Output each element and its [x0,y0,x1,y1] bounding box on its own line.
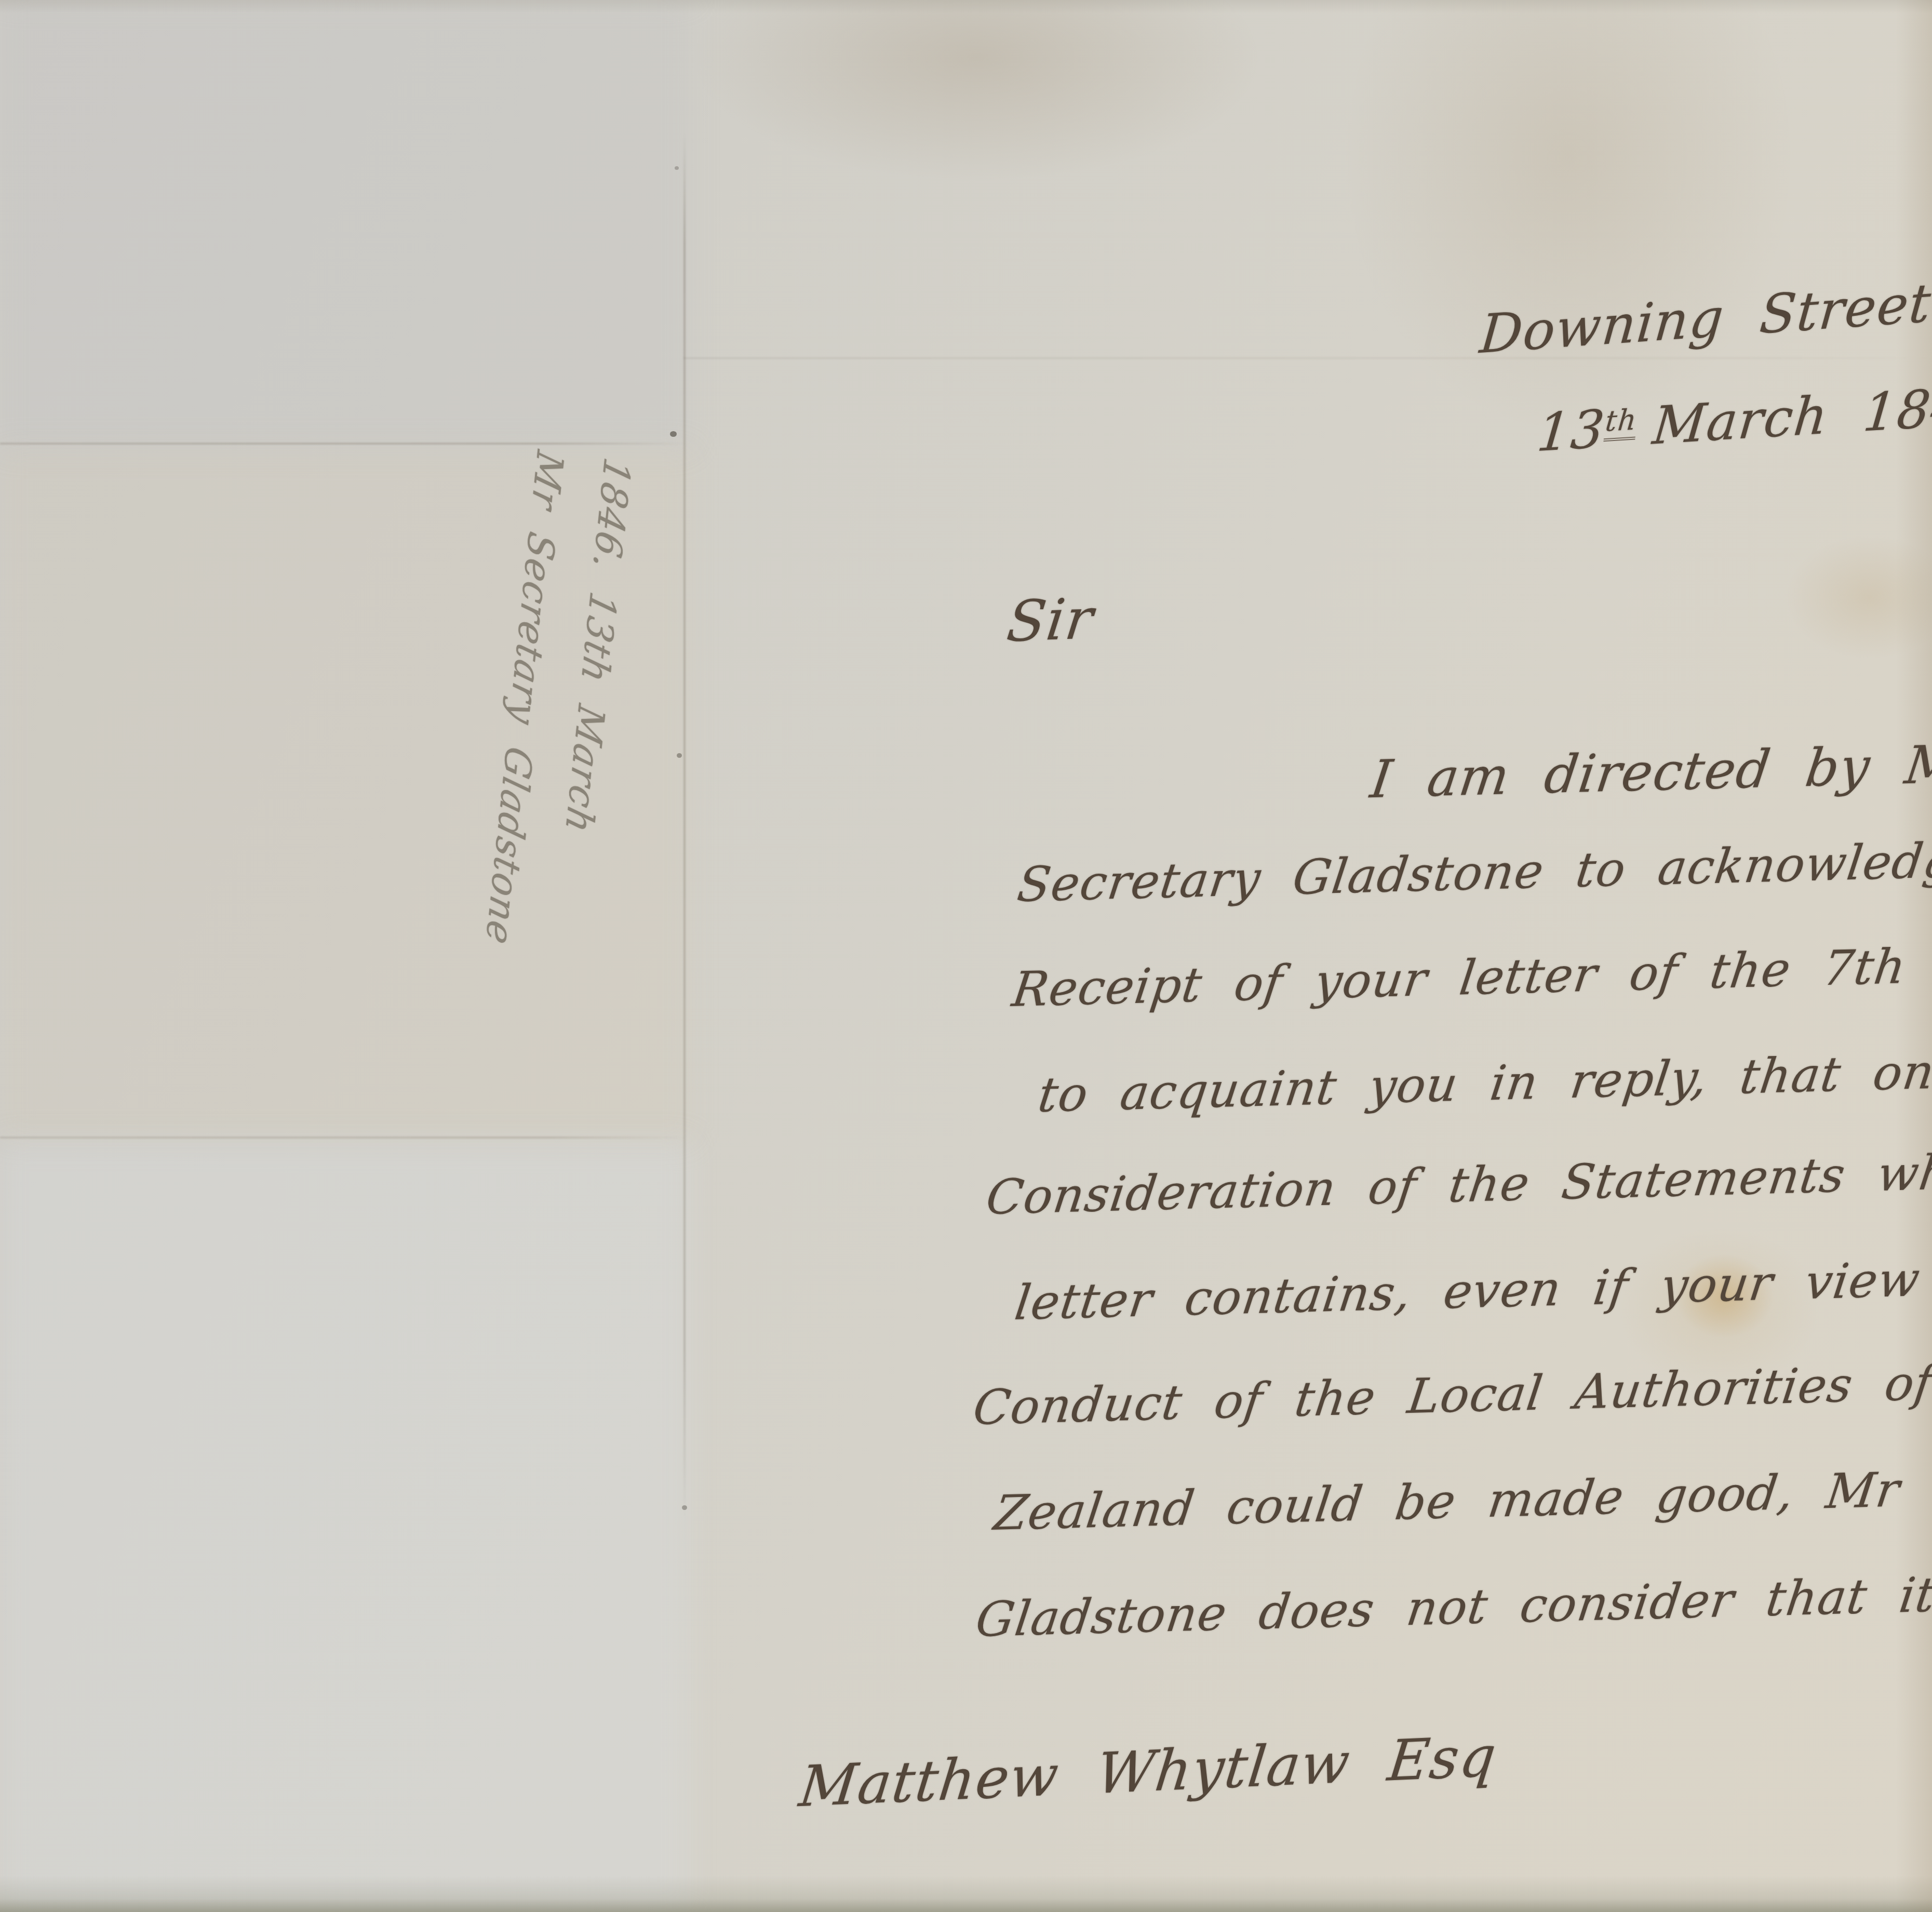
body-line: letter contains, even if your view of th… [1012,1246,1932,1331]
body-line: Gladstone does not consider that it woul… [973,1562,1932,1648]
body-line: Consideration of the Statements which yo… [983,1139,1932,1225]
docket-annotation: 1846. 13th March Mr Secretary Gladstone [465,449,651,954]
dateline-date: 13thMarch 1846 [1534,374,1932,463]
body-line: to acquaint you in reply, that on a [1035,1042,1932,1124]
salutation: Sir [1003,586,1097,654]
paper-speck [670,431,677,437]
body-line: Receipt of your letter of the 7th Inst, … [1009,931,1932,1018]
paper-tone-bottom-left [0,1143,691,1912]
dateline-day: 13 [1534,398,1607,464]
docket-author-line: Mr Secretary Gladstone [466,444,583,952]
addressee-line: Matthew Whytlaw Esq [796,1724,1500,1820]
docket-date-line: 1846. 13th March [533,450,650,959]
fold-crease-vertical [683,132,686,1517]
dateline-place: Downing Street [1478,272,1932,366]
letter-page: 1846. 13th March Mr Secretary Gladstone … [0,0,1932,1912]
paper-tone-mid-left [0,452,691,1138]
dateline-day-suffix: th [1604,403,1639,442]
fold-crease-horizontal-lower [0,1136,686,1139]
body-line: Secretary Gladstone to acknowledge the [1014,828,1932,913]
body-line: I am directed by Mr [1367,733,1932,810]
fold-crease-horizontal-right [683,357,1932,359]
dateline-month-year: March 1846 [1650,374,1932,457]
paper-speck [682,1505,687,1510]
fold-crease-horizontal-upper [0,443,686,445]
body-line: Zealand could be made good, Mr [991,1462,1903,1541]
paper-speck [675,166,679,170]
paper-tone-top-left [0,0,691,447]
body-line: Conduct of the Local Authorities of New [970,1351,1932,1436]
paper-speck [677,753,682,758]
